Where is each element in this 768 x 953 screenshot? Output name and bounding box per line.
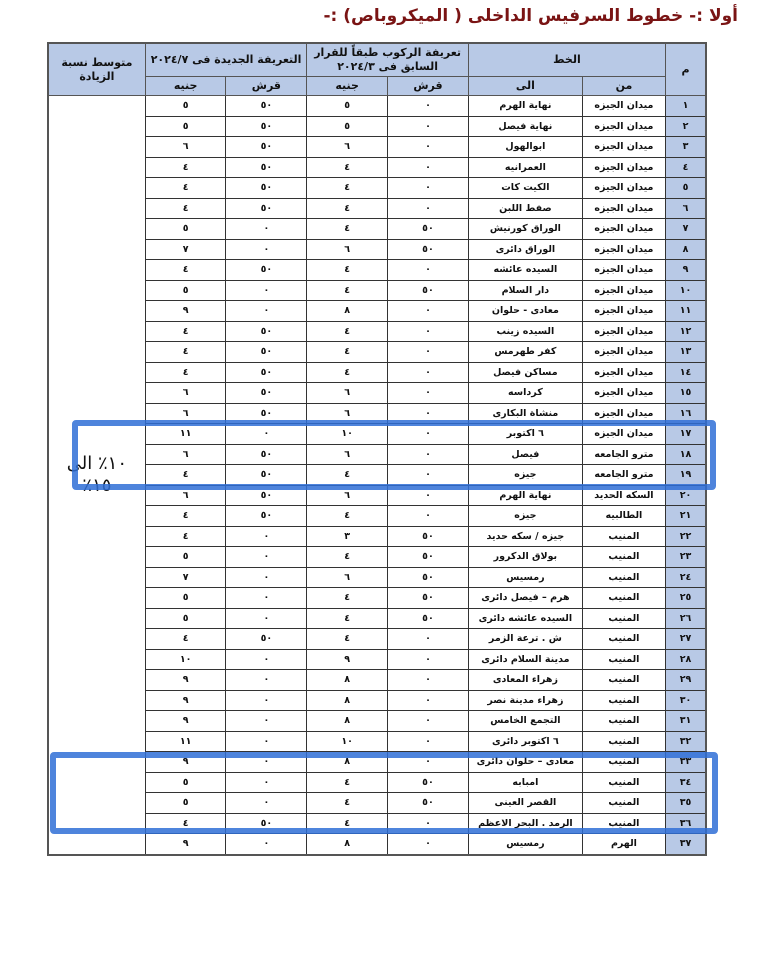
cell-new-piaster: ٥٠: [226, 383, 307, 404]
cell-new-piaster: ٥٠: [226, 465, 307, 486]
cell-old-piaster: ٥٠: [388, 793, 469, 814]
cell-new-piaster: ٠: [226, 649, 307, 670]
cell-old-piaster: ٠: [388, 670, 469, 691]
cell-new-piaster: ٥٠: [226, 506, 307, 527]
cell-from: المنيب: [582, 649, 665, 670]
cell-to: بولاق الدكرور: [468, 547, 582, 568]
cell-old-pound: ٤: [307, 219, 388, 240]
cell-new-piaster: ٥٠: [226, 629, 307, 650]
cell-old-pound: ٦: [307, 567, 388, 588]
cell-old-pound: ٤: [307, 280, 388, 301]
cell-old-piaster: ٠: [388, 342, 469, 363]
cell-new-pound: ٥: [145, 793, 226, 814]
cell-new-pound: ٩: [145, 690, 226, 711]
row-number: ٢٦: [666, 608, 707, 629]
cell-from: ميدان الجيزه: [582, 403, 665, 424]
cell-to: الوراق دائرى: [468, 239, 582, 260]
cell-to: السيده عائشه دائرى: [468, 608, 582, 629]
cell-old-pound: ٤: [307, 629, 388, 650]
cell-old-pound: ١٠: [307, 424, 388, 445]
cell-to: ٦ اكتوبر: [468, 424, 582, 445]
table-row: ١٥ميدان الجيزهكرداسه٠٦٥٠٦: [48, 383, 706, 404]
row-number: ٣: [666, 137, 707, 158]
cell-new-pound: ٤: [145, 506, 226, 527]
row-number: ١: [666, 96, 707, 117]
cell-from: ميدان الجيزه: [582, 239, 665, 260]
cell-old-pound: ٤: [307, 198, 388, 219]
cell-from: المنيب: [582, 608, 665, 629]
cell-new-piaster: ٥٠: [226, 403, 307, 424]
cell-old-pound: ٤: [307, 157, 388, 178]
row-number: ٦: [666, 198, 707, 219]
cell-to: دار السلام: [468, 280, 582, 301]
cell-new-piaster: ٠: [226, 567, 307, 588]
cell-new-pound: ٦: [145, 444, 226, 465]
cell-new-pound: ١٠: [145, 649, 226, 670]
cell-old-pound: ٨: [307, 752, 388, 773]
cell-new-pound: ٤: [145, 342, 226, 363]
cell-old-pound: ٩: [307, 649, 388, 670]
row-number: ٢: [666, 116, 707, 137]
cell-to: كفر طهرمس: [468, 342, 582, 363]
cell-to: ٦ اكتوبر دائرى: [468, 731, 582, 752]
cell-new-piaster: ٥٠: [226, 198, 307, 219]
cell-old-piaster: ٠: [388, 424, 469, 445]
table-row: ١٨مترو الجامعهفيصل٠٦٥٠٦: [48, 444, 706, 465]
cell-new-pound: ١١: [145, 424, 226, 445]
cell-from: مترو الجامعه: [582, 465, 665, 486]
cell-new-piaster: ٥٠: [226, 137, 307, 158]
cell-new-piaster: ٠: [226, 526, 307, 547]
table-row: ٢٧المنيبش . ترعة الزمر٠٤٥٠٤: [48, 629, 706, 650]
cell-old-piaster: ٠: [388, 198, 469, 219]
cell-to: مدينة السلام دائرى: [468, 649, 582, 670]
row-number: ١٣: [666, 342, 707, 363]
table-row: ٢٣المنيببولاق الدكرور٥٠٤٠٥: [48, 547, 706, 568]
row-number: ٢١: [666, 506, 707, 527]
cell-from: المنيب: [582, 629, 665, 650]
row-number: ١٠: [666, 280, 707, 301]
cell-new-piaster: ٥٠: [226, 362, 307, 383]
cell-old-piaster: ٥٠: [388, 567, 469, 588]
cell-from: ميدان الجيزه: [582, 157, 665, 178]
cell-from: المنيب: [582, 588, 665, 609]
cell-old-pound: ٣: [307, 526, 388, 547]
table-row: ١٤ميدان الجيزهمساكن فيصل٠٤٥٠٤: [48, 362, 706, 383]
cell-old-pound: ٦: [307, 383, 388, 404]
table-row: ٩ميدان الجيزهالسيده عائشه٠٤٥٠٤: [48, 260, 706, 281]
cell-new-piaster: ٥٠: [226, 321, 307, 342]
cell-new-pound: ٩: [145, 670, 226, 691]
cell-from: ميدان الجيزه: [582, 424, 665, 445]
cell-new-pound: ٦: [145, 485, 226, 506]
cell-new-piaster: ٠: [226, 219, 307, 240]
cell-old-pound: ١٠: [307, 731, 388, 752]
cell-old-pound: ٦: [307, 137, 388, 158]
cell-new-piaster: ٠: [226, 301, 307, 322]
cell-new-pound: ٩: [145, 301, 226, 322]
table-row: ٨ميدان الجيزهالوراق دائرى٥٠٦٠٧: [48, 239, 706, 260]
cell-old-piaster: ٥٠: [388, 547, 469, 568]
cell-to: هرم – فيصل دائرى: [468, 588, 582, 609]
table-row: ١ميدان الجيزهنهاية الهرم٠٥٥٠٥١٠٪ الى ١٥٪: [48, 96, 706, 117]
cell-old-piaster: ٥٠: [388, 772, 469, 793]
cell-from: ميدان الجيزه: [582, 198, 665, 219]
cell-old-pound: ٦: [307, 444, 388, 465]
cell-from: المنيب: [582, 690, 665, 711]
table-row: ٢٠السكه الحديدنهاية الهرم٠٦٥٠٦: [48, 485, 706, 506]
row-number: ٧: [666, 219, 707, 240]
table-row: ١٧ميدان الجيزه٦ اكتوبر٠١٠٠١١: [48, 424, 706, 445]
cell-new-piaster: ٥٠: [226, 342, 307, 363]
row-number: ٢٩: [666, 670, 707, 691]
cell-old-pound: ٤: [307, 506, 388, 527]
cell-old-pound: ٤: [307, 547, 388, 568]
cell-from: المنيب: [582, 752, 665, 773]
cell-old-pound: ٤: [307, 813, 388, 834]
cell-old-pound: ٤: [307, 321, 388, 342]
cell-old-pound: ٤: [307, 588, 388, 609]
table-row: ١٠ميدان الجيزهدار السلام٥٠٤٠٥: [48, 280, 706, 301]
table-row: ٣ميدان الجيزهابوالهول٠٦٥٠٦: [48, 137, 706, 158]
cell-new-piaster: ٠: [226, 424, 307, 445]
page-title: أولا :- خطوط السرفيس الداخلى ( الميكروبا…: [324, 6, 739, 26]
cell-to: القصر العينى: [468, 793, 582, 814]
cell-new-piaster: ٥٠: [226, 813, 307, 834]
cell-new-pound: ٦: [145, 137, 226, 158]
col-header-avg-increase: متوسط نسبة الزيادة: [48, 43, 145, 96]
cell-from: المنيب: [582, 670, 665, 691]
cell-new-piaster: ٠: [226, 690, 307, 711]
cell-old-pound: ٥: [307, 96, 388, 117]
cell-new-piaster: ٠: [226, 731, 307, 752]
row-number: ٥: [666, 178, 707, 199]
cell-from: ميدان الجيزه: [582, 116, 665, 137]
cell-old-piaster: ٠: [388, 157, 469, 178]
row-number: ٢٢: [666, 526, 707, 547]
table-row: ١٦ميدان الجيزهمنشاة البكارى٠٦٥٠٦: [48, 403, 706, 424]
cell-from: ميدان الجيزه: [582, 383, 665, 404]
table-row: ٣٠المنيبزهراء مدينة نصر٠٨٠٩: [48, 690, 706, 711]
cell-old-piaster: ٠: [388, 178, 469, 199]
col-header-to: الى: [468, 77, 582, 96]
cell-to: معادى - حلوان: [468, 301, 582, 322]
cell-to: ابوالهول: [468, 137, 582, 158]
col-header-new-fare: التعريفة الجديدة فى ٢٠٢٤/٧: [145, 43, 307, 77]
cell-new-piaster: ٠: [226, 608, 307, 629]
row-number: ٢٧: [666, 629, 707, 650]
cell-old-pound: ٦: [307, 485, 388, 506]
cell-from: ميدان الجيزه: [582, 137, 665, 158]
cell-to: امبابه: [468, 772, 582, 793]
col-header-new-piaster: قرش: [226, 77, 307, 96]
cell-new-pound: ١١: [145, 731, 226, 752]
cell-to: كرداسه: [468, 383, 582, 404]
cell-old-piaster: ٠: [388, 506, 469, 527]
cell-old-piaster: ٥٠: [388, 219, 469, 240]
cell-from: ميدان الجيزه: [582, 362, 665, 383]
cell-old-piaster: ٠: [388, 731, 469, 752]
cell-to: جيزه / سكه حديد: [468, 526, 582, 547]
cell-to: رمسيس: [468, 567, 582, 588]
cell-new-pound: ٤: [145, 629, 226, 650]
cell-to: مساكن فيصل: [468, 362, 582, 383]
table-row: ٢٢المنيبجيزه / سكه حديد٥٠٣٠٤: [48, 526, 706, 547]
row-number: ١٢: [666, 321, 707, 342]
cell-new-piaster: ٥٠: [226, 96, 307, 117]
row-number: ٣٧: [666, 834, 707, 855]
cell-old-piaster: ٠: [388, 301, 469, 322]
cell-old-pound: ٦: [307, 403, 388, 424]
col-header-from: من: [582, 77, 665, 96]
cell-to: السيده عائشه: [468, 260, 582, 281]
cell-new-pound: ٥: [145, 280, 226, 301]
cell-from: مترو الجامعه: [582, 444, 665, 465]
cell-new-piaster: ٠: [226, 711, 307, 732]
cell-new-pound: ٧: [145, 567, 226, 588]
header-row-2: من الى قرش جنيه قرش جنيه: [48, 77, 706, 96]
cell-from: المنيب: [582, 567, 665, 588]
cell-to: العمرانيه: [468, 157, 582, 178]
row-number: ٣٦: [666, 813, 707, 834]
cell-to: معادى – حلوان دائرى: [468, 752, 582, 773]
cell-from: ميدان الجيزه: [582, 280, 665, 301]
cell-to: ش . ترعة الزمر: [468, 629, 582, 650]
cell-from: ميدان الجيزه: [582, 178, 665, 199]
cell-new-pound: ٥: [145, 96, 226, 117]
row-number: ١٩: [666, 465, 707, 486]
cell-new-pound: ٥: [145, 588, 226, 609]
row-number: ٣٤: [666, 772, 707, 793]
table-row: ٤ميدان الجيزهالعمرانيه٠٤٥٠٤: [48, 157, 706, 178]
table-row: ٣٧الهرمرمسيس٠٨٠٩: [48, 834, 706, 855]
cell-new-piaster: ٠: [226, 280, 307, 301]
cell-from: ميدان الجيزه: [582, 321, 665, 342]
cell-new-piaster: ٠: [226, 670, 307, 691]
cell-old-pound: ٨: [307, 690, 388, 711]
cell-new-pound: ٥: [145, 116, 226, 137]
cell-new-piaster: ٥٠: [226, 444, 307, 465]
row-number: ٣١: [666, 711, 707, 732]
row-number: ٣٥: [666, 793, 707, 814]
cell-new-piaster: ٥٠: [226, 178, 307, 199]
cell-old-piaster: ٠: [388, 465, 469, 486]
row-number: ٢٠: [666, 485, 707, 506]
cell-new-pound: ٩: [145, 711, 226, 732]
cell-old-pound: ٤: [307, 260, 388, 281]
cell-old-piaster: ٠: [388, 321, 469, 342]
col-header-line: الخط: [468, 43, 665, 77]
row-number: ٢٥: [666, 588, 707, 609]
cell-to: نهاية الهرم: [468, 485, 582, 506]
cell-new-piaster: ٠: [226, 834, 307, 855]
cell-to: نهاية فيصل: [468, 116, 582, 137]
cell-new-pound: ٥: [145, 219, 226, 240]
table-row: ٢٥المنيبهرم – فيصل دائرى٥٠٤٠٥: [48, 588, 706, 609]
table-row: ٢٨المنيبمدينة السلام دائرى٠٩٠١٠: [48, 649, 706, 670]
cell-new-pound: ٤: [145, 465, 226, 486]
table-row: ٣٢المنيب٦ اكتوبر دائرى٠١٠٠١١: [48, 731, 706, 752]
cell-to: التجمع الخامس: [468, 711, 582, 732]
cell-new-pound: ٤: [145, 813, 226, 834]
fare-table-body: ١ميدان الجيزهنهاية الهرم٠٥٥٠٥١٠٪ الى ١٥٪…: [48, 96, 706, 855]
cell-old-piaster: ٠: [388, 711, 469, 732]
cell-to: زهراء مدينة نصر: [468, 690, 582, 711]
table-row: ٧ميدان الجيزهالوراق كورنيش٥٠٤٠٥: [48, 219, 706, 240]
row-number: ٣٣: [666, 752, 707, 773]
cell-from: المنيب: [582, 711, 665, 732]
row-number: ٢٣: [666, 547, 707, 568]
cell-old-piaster: ٠: [388, 485, 469, 506]
cell-from: المنيب: [582, 526, 665, 547]
cell-from: المنيب: [582, 813, 665, 834]
table-row: ٣٥المنيبالقصر العينى٥٠٤٠٥: [48, 793, 706, 814]
cell-to: الرمد . البحر الاعظم: [468, 813, 582, 834]
cell-old-pound: ٤: [307, 772, 388, 793]
cell-old-piaster: ٠: [388, 96, 469, 117]
table-row: ٢١الطالبيهجيزه٠٤٥٠٤: [48, 506, 706, 527]
cell-from: ميدان الجيزه: [582, 96, 665, 117]
cell-new-pound: ٤: [145, 198, 226, 219]
cell-old-pound: ٨: [307, 711, 388, 732]
col-header-new-pound: جنيه: [145, 77, 226, 96]
cell-to: السيده زينب: [468, 321, 582, 342]
cell-new-pound: ٤: [145, 157, 226, 178]
cell-new-pound: ٤: [145, 321, 226, 342]
cell-to: رمسيس: [468, 834, 582, 855]
cell-to: الوراق كورنيش: [468, 219, 582, 240]
cell-old-piaster: ٠: [388, 260, 469, 281]
cell-new-piaster: ٠: [226, 239, 307, 260]
cell-old-piaster: ٠: [388, 752, 469, 773]
cell-new-pound: ٤: [145, 178, 226, 199]
cell-old-piaster: ٠: [388, 116, 469, 137]
row-number: ٨: [666, 239, 707, 260]
cell-from: المنيب: [582, 772, 665, 793]
row-number: ٩: [666, 260, 707, 281]
col-header-num: م: [666, 43, 707, 96]
cell-new-pound: ٦: [145, 383, 226, 404]
cell-from: ميدان الجيزه: [582, 301, 665, 322]
table-row: ١١ميدان الجيزهمعادى - حلوان٠٨٠٩: [48, 301, 706, 322]
cell-old-pound: ٤: [307, 465, 388, 486]
cell-new-piaster: ٠: [226, 772, 307, 793]
table-row: ١٣ميدان الجيزهكفر طهرمس٠٤٥٠٤: [48, 342, 706, 363]
row-number: ١٧: [666, 424, 707, 445]
row-number: ٣٢: [666, 731, 707, 752]
cell-from: الهرم: [582, 834, 665, 855]
cell-old-piaster: ٠: [388, 690, 469, 711]
table-row: ٣٦المنيبالرمد . البحر الاعظم٠٤٥٠٤: [48, 813, 706, 834]
cell-old-pound: ٨: [307, 834, 388, 855]
cell-new-pound: ٧: [145, 239, 226, 260]
cell-old-piaster: ٠: [388, 403, 469, 424]
cell-from: المنيب: [582, 547, 665, 568]
col-header-old-pound: جنيه: [307, 77, 388, 96]
cell-from: ميدان الجيزه: [582, 219, 665, 240]
table-row: ٢٦المنيبالسيده عائشه دائرى٥٠٤٠٥: [48, 608, 706, 629]
table-row: ٢ميدان الجيزهنهاية فيصل٠٥٥٠٥: [48, 116, 706, 137]
row-number: ١٥: [666, 383, 707, 404]
cell-old-pound: ٨: [307, 670, 388, 691]
cell-old-piaster: ٠: [388, 137, 469, 158]
table-row: ٢٩المنيبزهراء المعادى٠٨٠٩: [48, 670, 706, 691]
row-number: ١٦: [666, 403, 707, 424]
row-number: ٤: [666, 157, 707, 178]
cell-old-pound: ٥: [307, 116, 388, 137]
cell-new-pound: ٥: [145, 772, 226, 793]
cell-old-piaster: ٠: [388, 649, 469, 670]
cell-new-piaster: ٠: [226, 793, 307, 814]
cell-to: زهراء المعادى: [468, 670, 582, 691]
cell-old-piaster: ٠: [388, 444, 469, 465]
cell-old-piaster: ٠: [388, 813, 469, 834]
col-header-old-fare: تعريفة الركوب طبقاً للقرار السابق فى ٢٠٢…: [307, 43, 469, 77]
table-row: ٣١المنيبالتجمع الخامس٠٨٠٩: [48, 711, 706, 732]
cell-new-pound: ٤: [145, 260, 226, 281]
cell-to: جيزه: [468, 465, 582, 486]
cell-new-piaster: ٥٠: [226, 260, 307, 281]
cell-from: المنيب: [582, 793, 665, 814]
cell-new-piaster: ٠: [226, 588, 307, 609]
cell-from: ميدان الجيزه: [582, 342, 665, 363]
cell-to: نهاية الهرم: [468, 96, 582, 117]
cell-from: السكه الحديد: [582, 485, 665, 506]
cell-old-piaster: ٥٠: [388, 526, 469, 547]
cell-old-piaster: ٠: [388, 362, 469, 383]
row-number: ٣٠: [666, 690, 707, 711]
cell-old-pound: ٨: [307, 301, 388, 322]
row-number: ١٤: [666, 362, 707, 383]
cell-old-piaster: ٠: [388, 834, 469, 855]
row-number: ١١: [666, 301, 707, 322]
cell-old-piaster: ٠: [388, 629, 469, 650]
header-row-1: م الخط تعريفة الركوب طبقاً للقرار السابق…: [48, 43, 706, 77]
cell-new-pound: ٥: [145, 608, 226, 629]
cell-old-pound: ٤: [307, 178, 388, 199]
table-row: ٦ميدان الجيزهصفط اللبن٠٤٥٠٤: [48, 198, 706, 219]
row-number: ٢٨: [666, 649, 707, 670]
cell-old-pound: ٤: [307, 793, 388, 814]
cell-new-pound: ٦: [145, 403, 226, 424]
cell-new-piaster: ٥٠: [226, 485, 307, 506]
cell-to: صفط اللبن: [468, 198, 582, 219]
fare-table: م الخط تعريفة الركوب طبقاً للقرار السابق…: [47, 42, 707, 856]
cell-to: الكيت كات: [468, 178, 582, 199]
cell-new-pound: ٤: [145, 362, 226, 383]
cell-old-pound: ٦: [307, 239, 388, 260]
row-number: ٢٤: [666, 567, 707, 588]
cell-old-piaster: ٥٠: [388, 280, 469, 301]
cell-old-pound: ٤: [307, 362, 388, 383]
cell-new-piaster: ٥٠: [226, 157, 307, 178]
cell-new-piaster: ٠: [226, 547, 307, 568]
cell-new-pound: ٤: [145, 526, 226, 547]
cell-from: الطالبيه: [582, 506, 665, 527]
col-header-old-piaster: قرش: [388, 77, 469, 96]
table-row: ٥ميدان الجيزهالكيت كات٠٤٥٠٤: [48, 178, 706, 199]
table-row: ٢٤المنيبرمسيس٥٠٦٠٧: [48, 567, 706, 588]
cell-new-piaster: ٥٠: [226, 116, 307, 137]
cell-to: منشاة البكارى: [468, 403, 582, 424]
cell-old-pound: ٤: [307, 608, 388, 629]
cell-old-piaster: ٥٠: [388, 608, 469, 629]
cell-old-piaster: ٠: [388, 383, 469, 404]
avg-increase-value: ١٠٪ الى ١٥٪: [48, 96, 145, 855]
table-row: ١٢ميدان الجيزهالسيده زينب٠٤٥٠٤: [48, 321, 706, 342]
cell-old-pound: ٤: [307, 342, 388, 363]
cell-to: فيصل: [468, 444, 582, 465]
